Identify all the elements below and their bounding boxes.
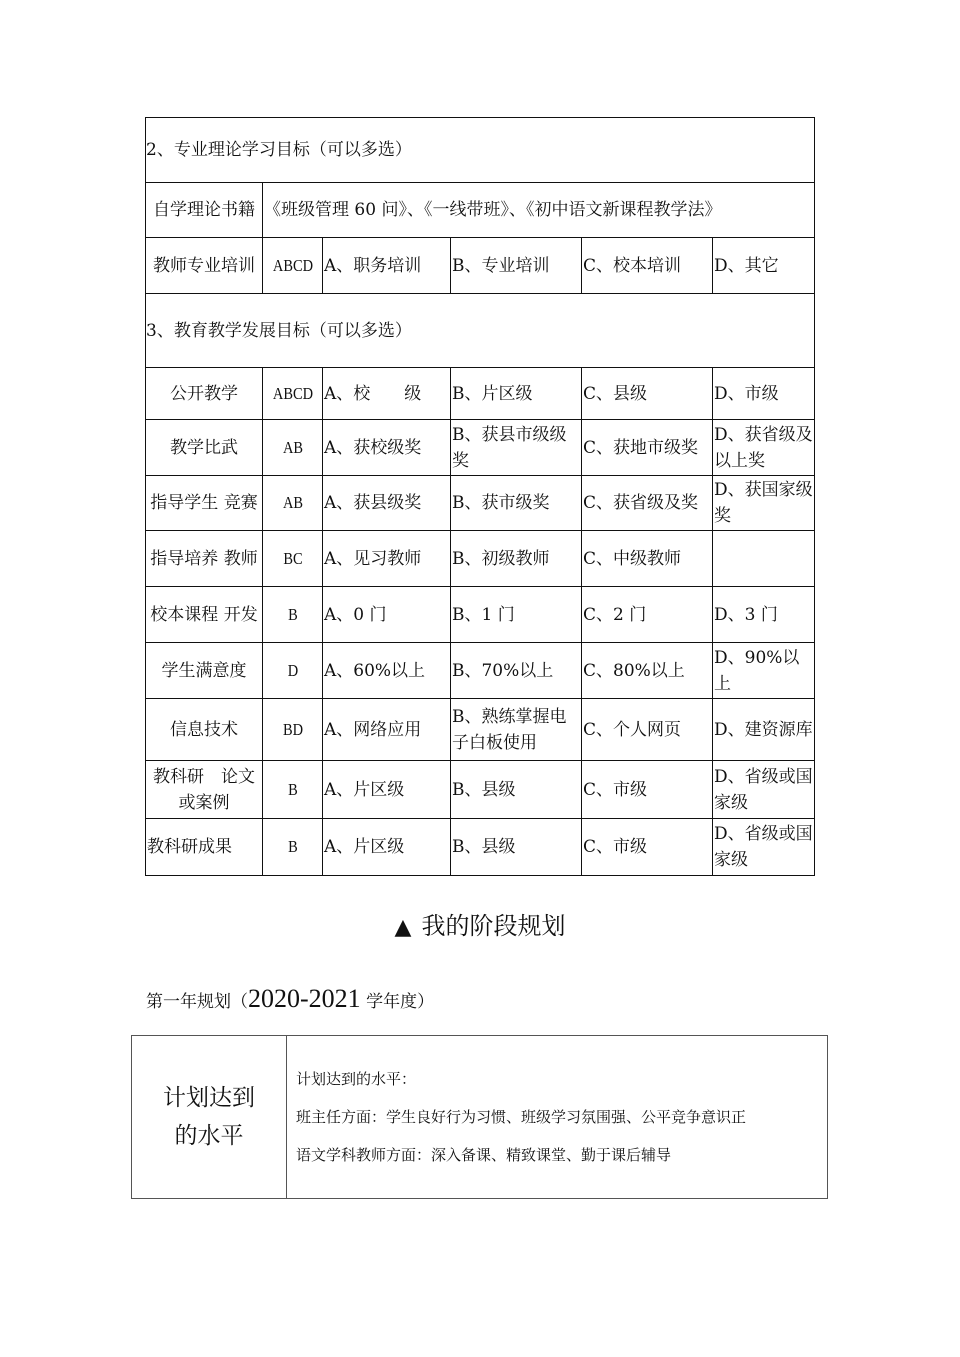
option-d: D、其它 (713, 238, 815, 294)
option-a: A、0 门 (323, 587, 451, 643)
option-d: D、建资源库 (713, 699, 815, 761)
option-a: A、职务培训 (323, 238, 451, 294)
row-answer: BC (267, 531, 318, 587)
row-label: 校本课程 开发 (146, 587, 263, 643)
option-c: C、县级 (582, 368, 713, 420)
section-2-title: 2、专业理论学习目标（可以多选） (146, 118, 815, 183)
stage-plan-title: 我的阶段规划 (421, 912, 565, 940)
option-d: D、3 门 (713, 587, 815, 643)
option-b: B、片区级 (451, 368, 582, 420)
year-plan-table: 计划达到的水平 计划达到的水平： 班主任方面：学生良好行为习惯、班级学习氛围强、… (131, 1035, 828, 1199)
row-label: 学生满意度 (146, 643, 263, 699)
row-label: 教师专业培训 (146, 238, 263, 294)
year-range: 2020-2021 (248, 984, 361, 1013)
option-d: D、省级或国家级 (713, 761, 815, 819)
option-b: B、县级 (451, 819, 582, 876)
table-row: 指导学生 竞赛 AB A、获县级奖 B、获市级奖 C、获省级及奖 D、获国家级奖 (146, 476, 815, 531)
row-answer: AB (267, 420, 318, 476)
year-prefix: 第一年规划（ (146, 992, 248, 1012)
option-d: D、获国家级奖 (713, 476, 815, 531)
option-b: B、专业培训 (451, 238, 582, 294)
section-3-title: 3、教育教学发展目标（可以多选） (146, 294, 815, 368)
row-label: 教科研成果 (146, 819, 263, 876)
option-b: B、县级 (451, 761, 582, 819)
row-answer: B (267, 587, 318, 643)
plan-content: 计划达到的水平： 班主任方面：学生良好行为习惯、班级学习氛围强、公平竞争意识正 … (287, 1036, 828, 1199)
option-a: A、60%以上 (323, 643, 451, 699)
option-d: D、获省级及以上奖 (713, 420, 815, 476)
triangle-icon: ▲ (395, 915, 412, 940)
option-a: A、片区级 (323, 819, 451, 876)
year-plan-title: 第一年规划（2020-2021 学年度） (146, 984, 434, 1014)
plan-line: 班主任方面：学生良好行为习惯、班级学习氛围强、公平竞争意识正 (296, 1098, 826, 1136)
option-c: C、市级 (582, 819, 713, 876)
option-b: B、获县市级级奖 (451, 420, 582, 476)
table-row: 指导培养 教师 BC A、见习教师 B、初级教师 C、中级教师 (146, 531, 815, 587)
table-row: 教学比武 AB A、获校级奖 B、获县市级级奖 C、获地市级奖 D、获省级及以上… (146, 420, 815, 476)
row-label: 公开教学 (146, 368, 263, 420)
option-c: C、市级 (582, 761, 713, 819)
stage-plan-heading: ▲我的阶段规划 (0, 906, 960, 941)
plan-line: 语文学科教师方面：深入备课、精致课堂、勤于课后辅导 (296, 1136, 826, 1174)
option-c: C、80%以上 (582, 643, 713, 699)
row-answer: D (267, 643, 318, 699)
row-label: 自学理论书籍 (146, 183, 263, 238)
option-b: B、熟练掌握电子白板使用 (451, 699, 582, 761)
option-a: A、片区级 (323, 761, 451, 819)
option-a: A、网络应用 (323, 699, 451, 761)
option-d: D、90%以上 (713, 643, 815, 699)
table-row: 教科研 论文或案例 B A、片区级 B、县级 C、市级 D、省级或国家级 (146, 761, 815, 819)
option-c: C、2 门 (582, 587, 713, 643)
table-row: 学生满意度 D A、60%以上 B、70%以上 C、80%以上 D、90%以上 (146, 643, 815, 699)
table-row: 公开教学 ABCD A、校 级 B、片区级 C、县级 D、市级 (146, 368, 815, 420)
option-c: C、校本培训 (582, 238, 713, 294)
row-label: 指导学生 竞赛 (146, 476, 263, 531)
option-d (713, 531, 815, 587)
plan-label-text: 计划达到的水平 (159, 1079, 259, 1155)
year-suffix: 学年度） (361, 992, 434, 1012)
option-c: C、获地市级奖 (582, 420, 713, 476)
option-a: A、校 级 (323, 368, 451, 420)
option-b: B、初级教师 (451, 531, 582, 587)
row-answer: ABCD (267, 368, 318, 420)
row-answer: AB (267, 476, 318, 531)
row-answer: B (267, 761, 318, 819)
books-content: 《班级管理 60 问》、《一线带班》、《初中语文新课程教学法》 (263, 183, 815, 238)
option-b: B、1 门 (451, 587, 582, 643)
goals-table: 2、专业理论学习目标（可以多选） 自学理论书籍 《班级管理 60 问》、《一线带… (145, 117, 815, 876)
row-answer: ABCD (267, 238, 318, 294)
option-a: A、获县级奖 (323, 476, 451, 531)
option-b: B、获市级奖 (451, 476, 582, 531)
table-row: 教科研成果 B A、片区级 B、县级 C、市级 D、省级或国家级 (146, 819, 815, 876)
option-b: B、70%以上 (451, 643, 582, 699)
table-row: 校本课程 开发 B A、0 门 B、1 门 C、2 门 D、3 门 (146, 587, 815, 643)
table-row: 信息技术 BD A、网络应用 B、熟练掌握电子白板使用 C、个人网页 D、建资源… (146, 699, 815, 761)
row-label: 信息技术 (146, 699, 263, 761)
row-label: 指导培养 教师 (146, 531, 263, 587)
plan-label: 计划达到的水平 (132, 1036, 287, 1199)
option-c: C、获省级及奖 (582, 476, 713, 531)
option-a: A、获校级奖 (323, 420, 451, 476)
row-answer: B (267, 819, 318, 876)
plan-line: 计划达到的水平： (296, 1060, 826, 1098)
option-c: C、中级教师 (582, 531, 713, 587)
row-label: 教学比武 (146, 420, 263, 476)
option-d: D、市级 (713, 368, 815, 420)
option-c: C、个人网页 (582, 699, 713, 761)
option-d: D、省级或国家级 (713, 819, 815, 876)
row-answer: BD (267, 699, 318, 761)
row-label: 教科研 论文或案例 (146, 761, 263, 819)
option-a: A、见习教师 (323, 531, 451, 587)
